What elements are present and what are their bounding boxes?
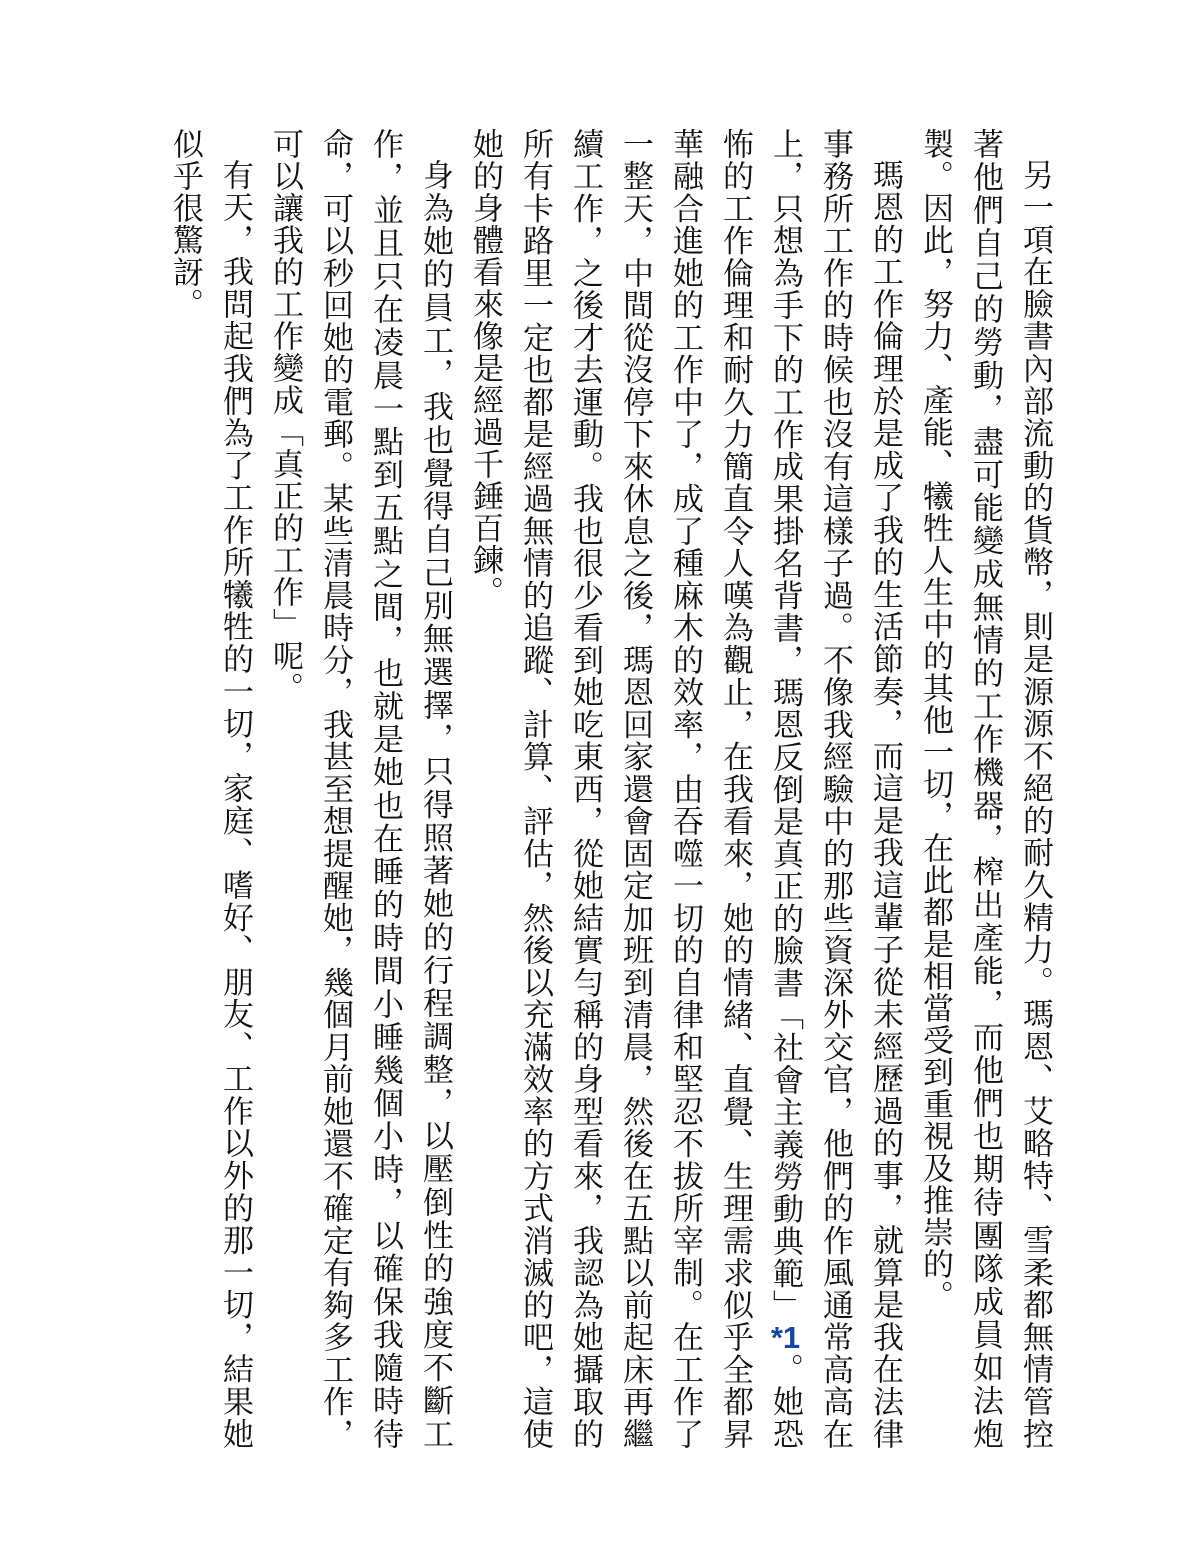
paragraph-4: 有天，我問起我們為了工作所犧牲的一切，家庭、嗜好、朋友、工作以外的那一切，結果她… — [160, 128, 260, 1450]
paragraph-4-text: 有天，我問起我們為了工作所犧牲的一切，家庭、嗜好、朋友、工作以外的那一切，結果她… — [168, 128, 253, 1450]
paragraph-2-text-after-footnote: 。她恐怖的工作倫理和耐久力簡直令人嘆為觀止，在我看來，她的情緒、直覺、生理需求似… — [468, 128, 803, 1450]
paragraph-1: 另一項在臉書內部流動的貨幣，則是源源不絕的耐久精力。瑪恩、艾略特、雪柔都無情管控… — [910, 128, 1060, 1450]
footnote-1-link[interactable]: *1 — [768, 1322, 803, 1353]
paragraph-1-text: 另一項在臉書內部流動的貨幣，則是源源不絕的耐久精力。瑪恩、艾略特、雪柔都無情管控… — [918, 128, 1053, 1450]
vertical-text-area: 另一項在臉書內部流動的貨幣，則是源源不絕的耐久精力。瑪恩、艾略特、雪柔都無情管控… — [200, 128, 1060, 1450]
paragraph-3-text: 身為她的員工，我也覺得自己別無選擇，只得照著她的行程調整，以壓倒性的強度不斷工作… — [268, 128, 453, 1450]
paragraph-3: 身為她的員工，我也覺得自己別無選擇，只得照著她的行程調整，以壓倒性的強度不斷工作… — [260, 128, 460, 1450]
paragraph-2: 瑪恩的工作倫理於是成了我的生活節奏，而這是我這輩子從未經歷過的事，就算是我在法律… — [460, 128, 910, 1450]
ebook-page: 另一項在臉書內部流動的貨幣，則是源源不絕的耐久精力。瑪恩、艾略特、雪柔都無情管控… — [0, 0, 1200, 1552]
paragraph-2-text-before-footnote: 瑪恩的工作倫理於是成了我的生活節奏，而這是我這輩子從未經歷過的事，就算是我在法律… — [768, 128, 903, 1450]
